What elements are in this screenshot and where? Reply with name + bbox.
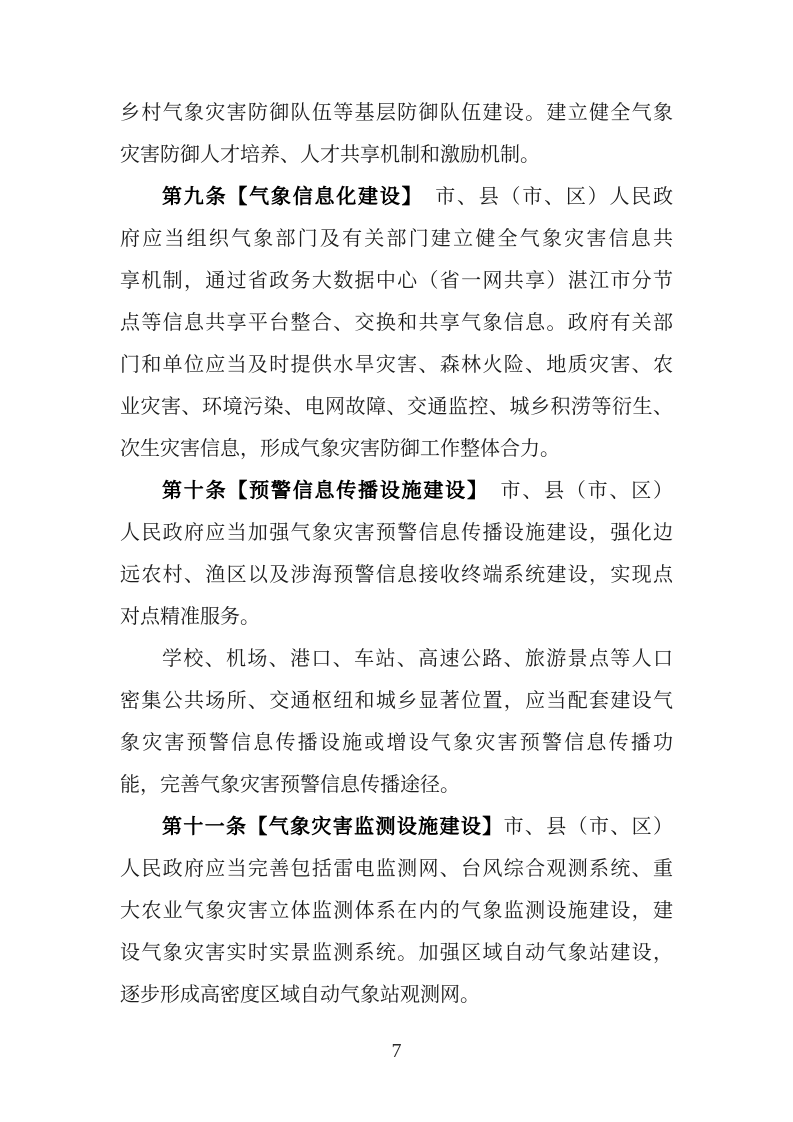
document-page-root: { "page": { "number": "7" }, "colors": {…	[0, 0, 793, 1122]
text-line: 府应当组织气象部门及有关部门建立健全气象灾害信息共	[120, 218, 673, 260]
paragraph-article-11: 第十一条【气象灾害监测设施建设】市、县（市、区）人民政府应当完善包括雷电监测网、…	[120, 806, 673, 1016]
page-number: 7	[392, 1040, 402, 1062]
text-line: 门和单位应当及时提供水旱灾害、森林火险、地质灾害、农	[120, 344, 673, 386]
text-line: 业灾害、环境污染、电网故障、交通监控、城乡积涝等衍生、	[120, 386, 673, 428]
body-text: 远农村、渔区以及涉海预警信息接收终端系统建设，实现点	[120, 564, 673, 586]
text-line: 点等信息共享平台整合、交换和共享气象信息。政府有关部	[120, 302, 673, 344]
text-line: 人民政府应当加强气象灾害预警信息传播设施建设，强化边	[120, 512, 673, 554]
text-line: 密集公共场所、交通枢纽和城乡显著位置，应当配套建设气	[120, 680, 673, 722]
article-heading: 第十一条【气象灾害监测设施建设】	[162, 816, 504, 838]
text-line: 第九条【气象信息化建设】 市、县（市、区）人民政	[120, 176, 673, 218]
body-text: 大农业气象灾害立体监测体系在内的气象监测设施建设，建	[120, 900, 673, 922]
body-text: 设气象灾害实时实景监测系统。加强区域自动气象站建设，	[120, 942, 673, 964]
article-heading: 第九条【气象信息化建设】	[162, 186, 413, 208]
page-footer: 7	[0, 1036, 793, 1066]
body-text: 象灾害预警信息传播设施或增设气象灾害预警信息传播功	[120, 732, 673, 754]
document-body: 乡村气象灾害防御队伍等基层防御队伍建设。建立健全气象灾害防御人才培养、人才共享机…	[120, 92, 673, 1016]
text-line: 象灾害预警信息传播设施或增设气象灾害预警信息传播功	[120, 722, 673, 764]
paragraph-article-10: 第十条【预警信息传播设施建设】 市、县（市、区）人民政府应当加强气象灾害预警信息…	[120, 470, 673, 638]
body-text: 学校、机场、港口、车站、高速公路、旅游景点等人口	[162, 648, 673, 670]
document-page: 乡村气象灾害防御队伍等基层防御队伍建设。建立健全气象灾害防御人才培养、人才共享机…	[0, 0, 793, 1122]
body-text: 人民政府应当完善包括雷电监测网、台风综合观测系统、重	[120, 858, 673, 880]
body-text: 点等信息共享平台整合、交换和共享气象信息。政府有关部	[120, 312, 673, 334]
text-line: 第十条【预警信息传播设施建设】 市、县（市、区）	[120, 470, 673, 512]
text-line: 学校、机场、港口、车站、高速公路、旅游景点等人口	[120, 638, 673, 680]
paragraph-article-9: 第九条【气象信息化建设】 市、县（市、区）人民政府应当组织气象部门及有关部门建立…	[120, 176, 673, 470]
body-text: 人民政府应当加强气象灾害预警信息传播设施建设，强化边	[120, 522, 673, 544]
body-text: 次生灾害信息，形成气象灾害防御工作整体合力。	[120, 438, 560, 460]
body-text: 市、县（市、区）	[504, 816, 673, 838]
text-line: 远农村、渔区以及涉海预警信息接收终端系统建设，实现点	[120, 554, 673, 596]
text-line: 乡村气象灾害防御队伍等基层防御队伍建设。建立健全气象	[120, 92, 673, 134]
body-text: 对点精准服务。	[120, 606, 260, 628]
body-text: 业灾害、环境污染、电网故障、交通监控、城乡积涝等衍生、	[120, 396, 673, 418]
article-heading: 第十条【预警信息传播设施建设】	[162, 480, 479, 502]
text-line: 对点精准服务。	[120, 596, 673, 638]
paragraph-continuation: 乡村气象灾害防御队伍等基层防御队伍建设。建立健全气象灾害防御人才培养、人才共享机…	[120, 92, 673, 176]
body-text: 密集公共场所、交通枢纽和城乡显著位置，应当配套建设气	[120, 690, 673, 712]
body-text: 能，完善气象灾害预警信息传播途径。	[120, 774, 460, 796]
body-text: 乡村气象灾害防御队伍等基层防御队伍建设。建立健全气象	[120, 102, 673, 124]
body-text: 府应当组织气象部门及有关部门建立健全气象灾害信息共	[120, 228, 673, 250]
text-line: 享机制，通过省政务大数据中心（省一网共享）湛江市分节	[120, 260, 673, 302]
body-text: 门和单位应当及时提供水旱灾害、森林火险、地质灾害、农	[120, 354, 673, 376]
body-text: 市、县（市、区）人民政	[413, 186, 673, 208]
text-line: 能，完善气象灾害预警信息传播途径。	[120, 764, 673, 806]
body-text: 市、县（市、区）	[479, 480, 673, 502]
body-text: 享机制，通过省政务大数据中心（省一网共享）湛江市分节	[120, 270, 673, 292]
text-line: 设气象灾害实时实景监测系统。加强区域自动气象站建设，	[120, 932, 673, 974]
text-line: 第十一条【气象灾害监测设施建设】市、县（市、区）	[120, 806, 673, 848]
paragraph-warning-facilities: 学校、机场、港口、车站、高速公路、旅游景点等人口密集公共场所、交通枢纽和城乡显著…	[120, 638, 673, 806]
text-line: 灾害防御人才培养、人才共享机制和激励机制。	[120, 134, 673, 176]
text-line: 逐步形成高密度区域自动气象站观测网。	[120, 974, 673, 1016]
body-text: 灾害防御人才培养、人才共享机制和激励机制。	[120, 144, 540, 166]
body-text: 逐步形成高密度区域自动气象站观测网。	[120, 984, 480, 1006]
text-line: 人民政府应当完善包括雷电监测网、台风综合观测系统、重	[120, 848, 673, 890]
text-line: 大农业气象灾害立体监测体系在内的气象监测设施建设，建	[120, 890, 673, 932]
text-line: 次生灾害信息，形成气象灾害防御工作整体合力。	[120, 428, 673, 470]
